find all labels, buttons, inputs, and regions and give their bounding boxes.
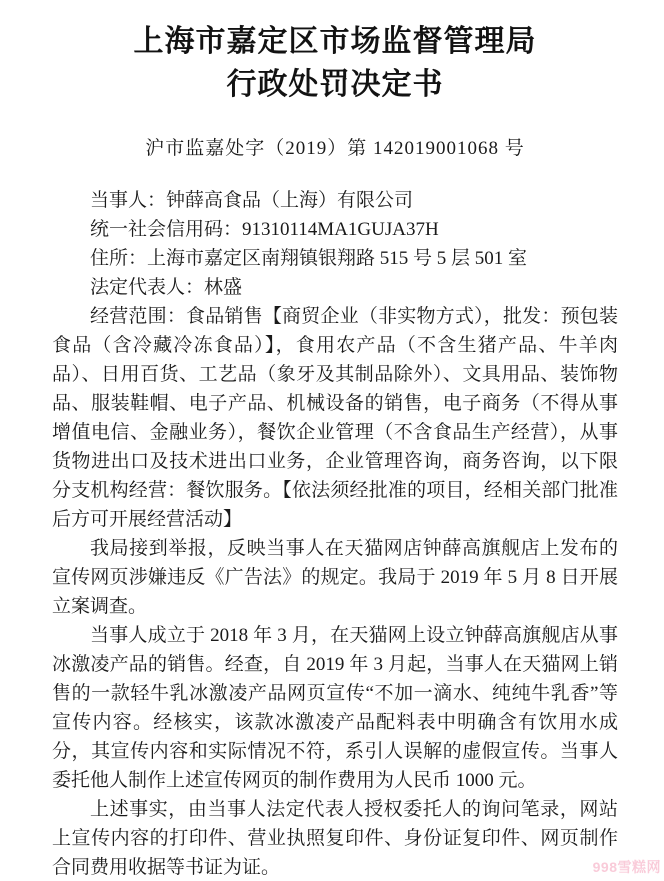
body-paragraph-evidence: 上述事实，由当事人法定代表人授权委托人的询问笔录，网站上宣传内容的打印件、营业执… [52,795,618,881]
document-number: 沪市监嘉处字（2019）第 142019001068 号 [52,133,618,160]
body-paragraph-investigation: 当事人成立于 2018 年 3 月，在天猫网上设立钟薛高旗舰店从事冰激凌产品的销… [52,621,618,795]
body-paragraph-business-scope: 经营范围：食品销售【商贸企业（非实物方式），批发：预包装食品（含冷藏冷冻食品）】… [52,302,618,534]
document-title-line1: 上海市嘉定区市场监督管理局 [52,20,618,63]
body-paragraph-address: 住所：上海市嘉定区南翔镇银翔路 515 号 5 层 501 室 [52,244,618,273]
penalty-decision-page: { "document": { "title_line1": "上海市嘉定区市场… [0,0,664,881]
body-paragraph-complaint: 我局接到举报，反映当事人在天猫网店钟薛高旗舰店上发布的宣传网页涉嫌违反《广告法》… [52,534,618,621]
document-title: 上海市嘉定区市场监督管理局 行政处罚决定书 [52,20,618,106]
document-page: 上海市嘉定区市场监督管理局 行政处罚决定书 沪市监嘉处字（2019）第 1420… [0,0,664,881]
site-watermark: 998雪糕网 [593,857,661,877]
document-title-line2: 行政处罚决定书 [52,63,618,106]
body-paragraph-party: 当事人：钟薛高食品（上海）有限公司 [52,186,618,215]
document-body: 当事人：钟薛高食品（上海）有限公司 统一社会信用码：91310114MA1GUJ… [52,186,618,881]
body-paragraph-credit-code: 统一社会信用码：91310114MA1GUJA37H [52,215,618,244]
body-paragraph-legal-representative: 法定代表人：林盛 [52,273,618,302]
